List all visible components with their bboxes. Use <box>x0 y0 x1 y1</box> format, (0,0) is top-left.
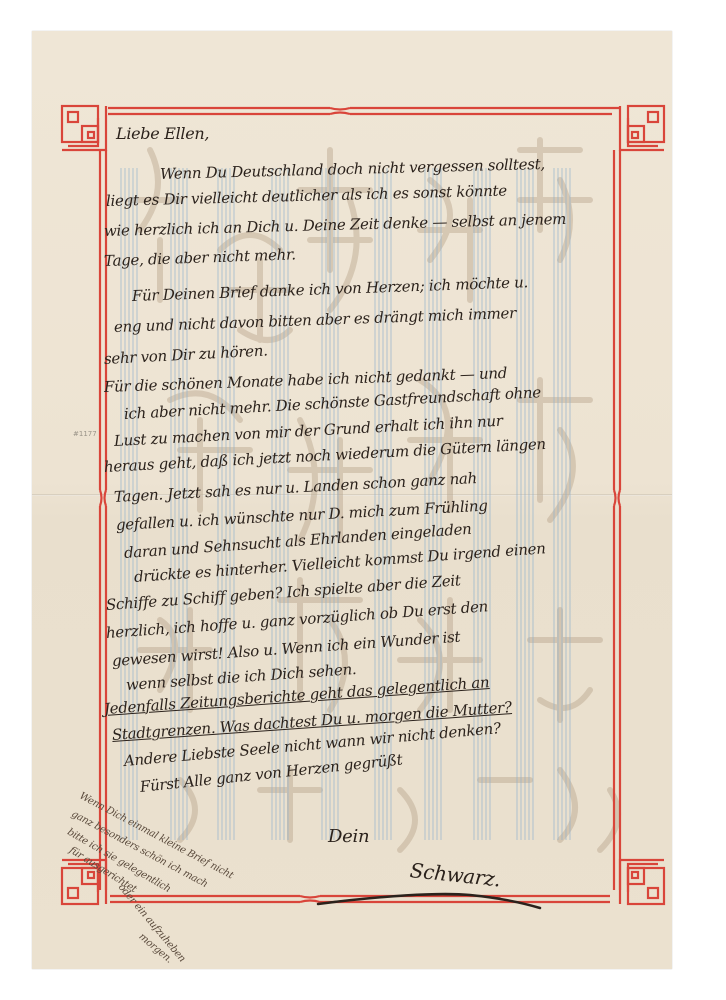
body-line: wie herzlich ich an Dich u. Deine Zeit d… <box>104 210 567 240</box>
body-line: sehr von Dir zu hören. <box>104 341 268 368</box>
body-line: Für Deinen Brief danke ich von Herzen; i… <box>132 273 529 305</box>
body-line: eng und nicht davon bitten aber es dräng… <box>114 304 517 336</box>
body-line: liegt es Dir vielleicht deutlicher als i… <box>106 182 507 210</box>
salutation: Liebe Ellen, <box>116 124 209 143</box>
body-line: Wenn Du Deutschland doch nicht vergessen… <box>160 155 545 183</box>
letter-handwriting: Liebe Ellen, Wenn Du Deutschland doch ni… <box>0 0 726 1000</box>
body-line: Tage, die aber nicht mehr. <box>104 245 296 270</box>
signature: Schwarz. <box>409 858 502 891</box>
closing: Dein <box>328 826 369 847</box>
